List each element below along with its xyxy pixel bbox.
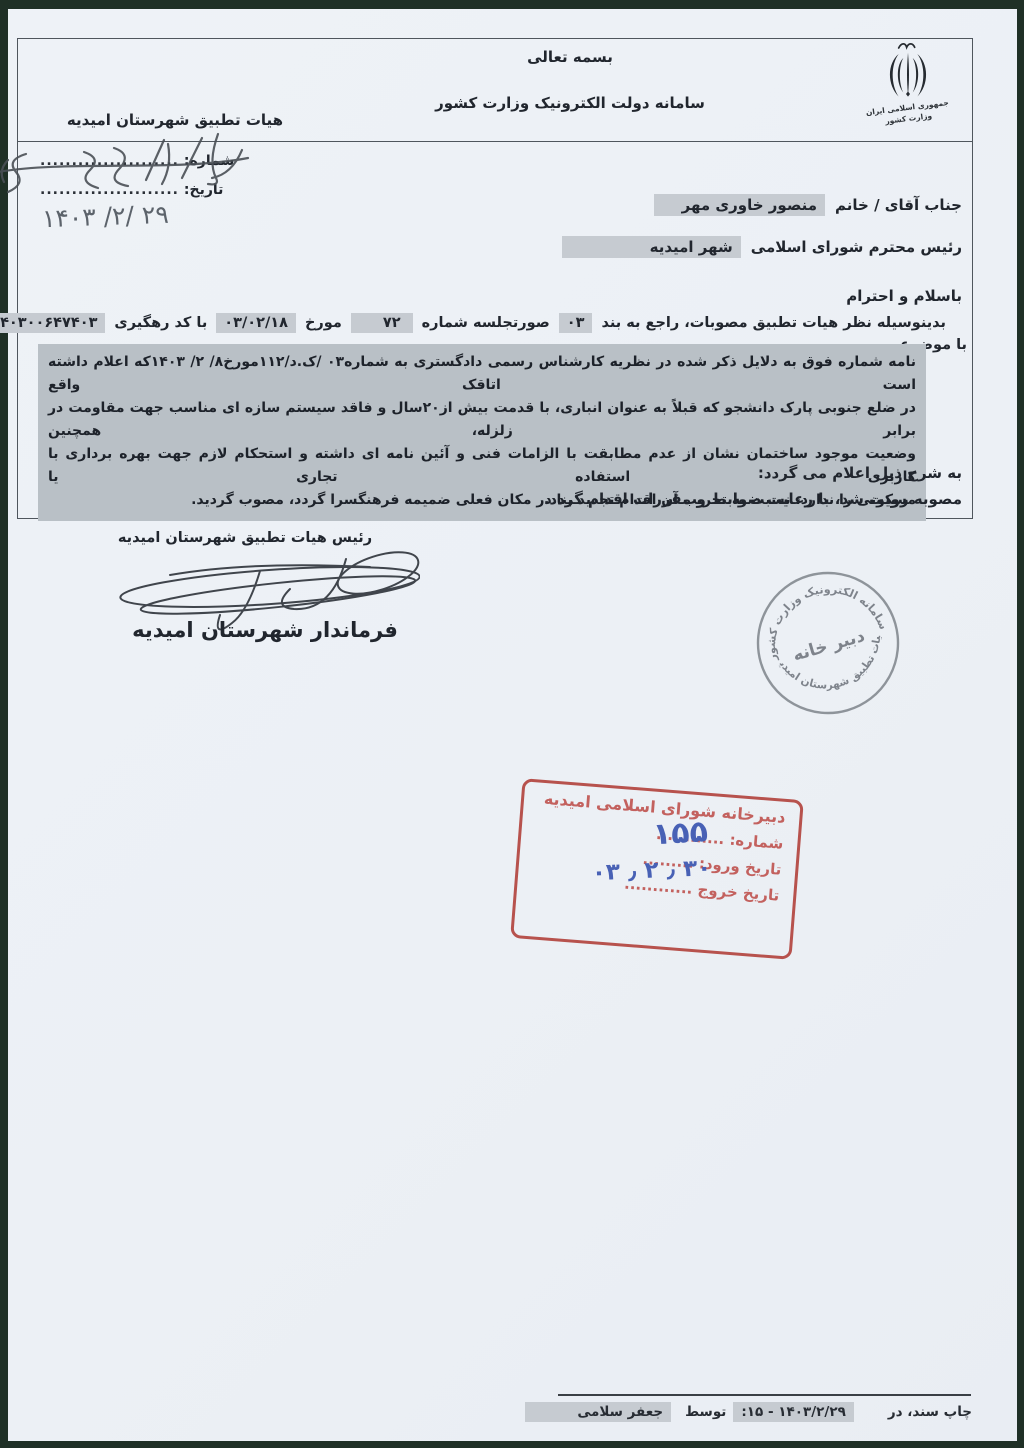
subject-line: نامه شماره فوق به دلایل ذکر شده در نظریه… bbox=[48, 351, 916, 397]
footer-divider bbox=[558, 1394, 971, 1396]
greeting-text: باسلام و احترام bbox=[846, 287, 962, 305]
footer-row: چاپ سند، در ۱۴۰۳/۲/۲۹ - ۱۵: توسط جعفر سل… bbox=[525, 1402, 972, 1422]
footer-by-label: توسط bbox=[685, 1404, 726, 1420]
tracking-code-highlight: ۴۰۰۴۰۳۰۰۶۴۷۴۰۳ bbox=[0, 313, 105, 333]
clause-number-highlight: ۰۳ bbox=[559, 313, 593, 333]
session-date-highlight: ۰۳/۰۲/۱۸ bbox=[216, 313, 296, 333]
recipient-title: رئیس محترم شورای اسلامی bbox=[751, 238, 962, 256]
decision-text: مصوبه رویت شد، با رعایت ضوابط و مقررات ا… bbox=[544, 490, 962, 508]
round-stamp: سامانه الکترونیک وزارت کشور دبیر خانه هی… bbox=[748, 563, 908, 723]
recipient-city-highlight: شهر امیدیه bbox=[562, 236, 741, 258]
recipient-name-highlight: منصور خاوری مهر bbox=[654, 194, 825, 216]
footer-printed-at-highlight: ۱۴۰۳/۲/۲۹ - ۱۵: bbox=[733, 1402, 853, 1422]
announce-text: به شرح ذیل اعلام می گردد: bbox=[758, 464, 962, 482]
system-title: سامانه دولت الکترونیک وزارت کشور bbox=[300, 94, 840, 112]
entry-stamp: دبیرخانه شورای اسلامی امیدیه شماره: ....… bbox=[510, 778, 804, 960]
subject-line: در ضلع جنوبی پارک دانشجو که قبلاً به عنو… bbox=[48, 397, 916, 443]
signature-role: رئیس هیات تطبیق شهرستان امیدیه bbox=[115, 530, 375, 546]
besmele-text: بسمه تعالی bbox=[300, 48, 840, 66]
intro-text-4: با کد رهگیری bbox=[114, 315, 207, 331]
recipient-line-1: جناب آقای / خانم منصور خاوری مهر bbox=[654, 194, 962, 216]
handwritten-date: ۱۴۰۳ /۲/ ۲۹ bbox=[42, 200, 170, 233]
intro-text-3: مورخ bbox=[305, 315, 342, 331]
governor-title: فرماندار شهرستان امیدیه bbox=[125, 618, 405, 642]
entry-stamp-number-label: شماره: bbox=[729, 831, 784, 853]
footer-by-name-highlight: جعفر سلامی bbox=[525, 1402, 671, 1422]
entry-stamp-entry-date-handwritten: ۰۳ ٫ ۲ ٫ ۳۰ bbox=[591, 855, 711, 886]
iran-emblem-icon bbox=[877, 42, 939, 98]
iran-emblem: جمهوری اسلامی ایران وزارت کشور bbox=[858, 42, 958, 125]
session-number-highlight: ۷۲ bbox=[351, 313, 413, 333]
intro-text-1: بدینوسیله نظر هیات تطبیق مصوبات، راجع به… bbox=[601, 315, 946, 331]
footer-printed-label: چاپ سند، در bbox=[888, 1404, 972, 1420]
recipient-line-2: رئیس محترم شورای اسلامی شهر امیدیه bbox=[562, 236, 962, 258]
round-stamp-center: دبیر خانه bbox=[791, 626, 868, 666]
recipient-salutation: جناب آقای / خانم bbox=[835, 196, 962, 214]
entry-stamp-number-handwritten: ۱۵۵ bbox=[652, 814, 709, 852]
intro-text-2: صورتجلسه شماره bbox=[422, 315, 550, 331]
intro-line: بدینوسیله نظر هیات تطبیق مصوبات، راجع به… bbox=[0, 313, 946, 333]
entry-stamp-exit-date-label: تاریخ خروج bbox=[697, 880, 780, 904]
scanned-letter-page: { "colors": { "paper": "#edf1f6", "scan_… bbox=[0, 0, 1024, 1448]
handwritten-number-scribble bbox=[0, 120, 256, 206]
